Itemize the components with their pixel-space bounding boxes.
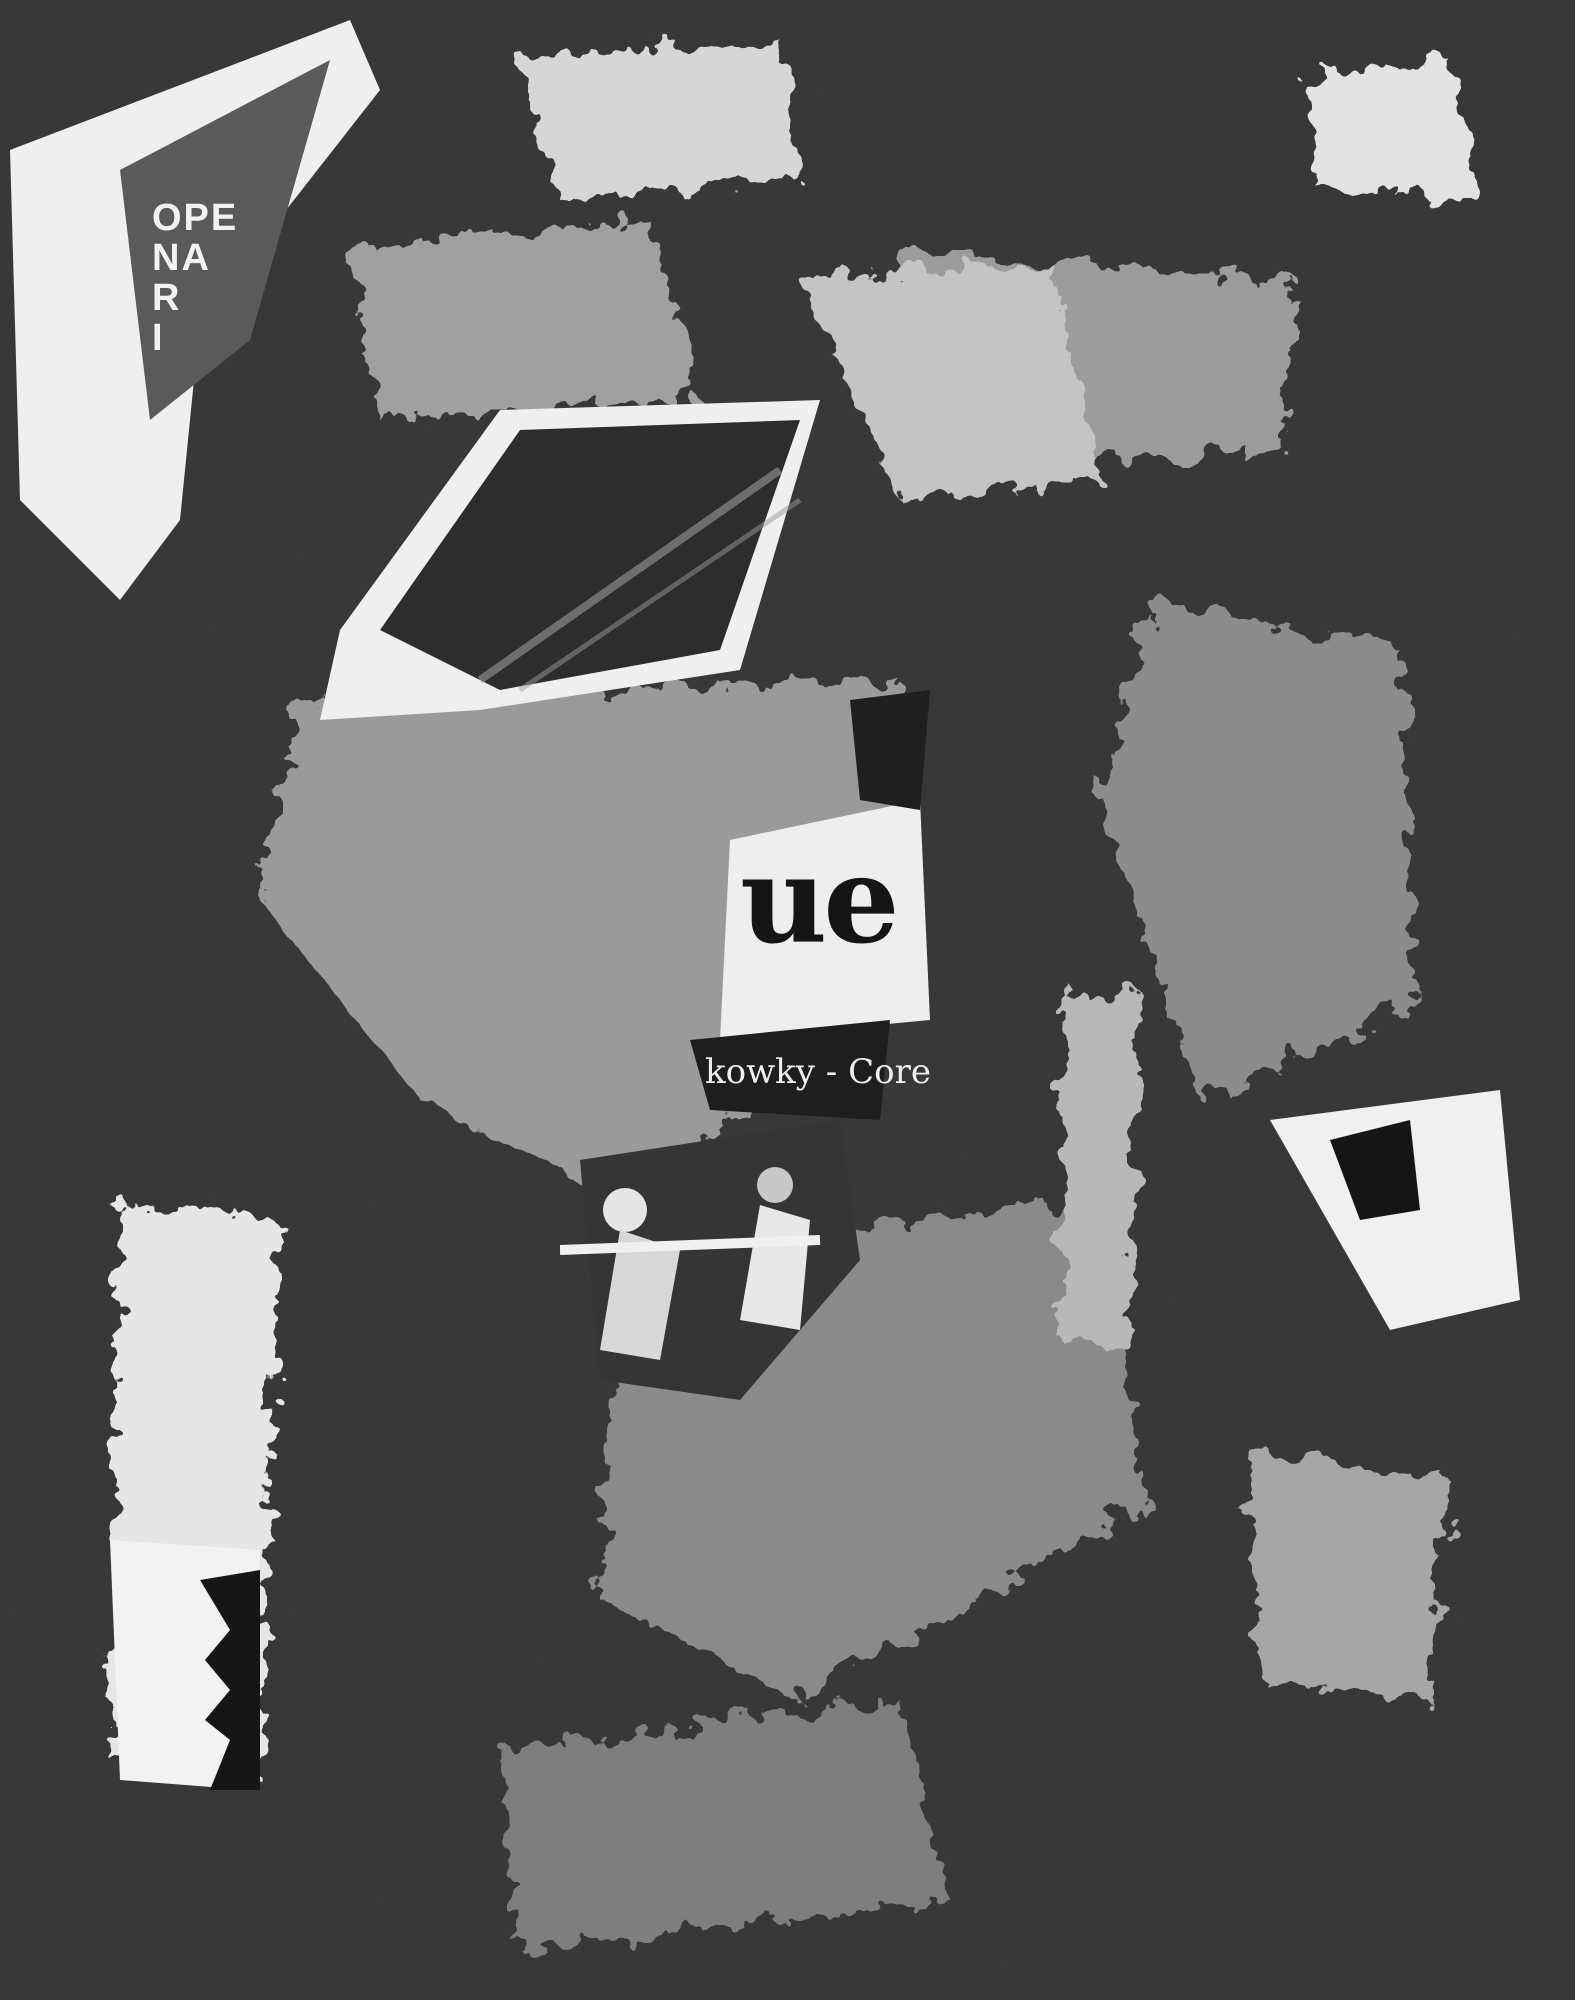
- upper-center-poster: [300, 390, 860, 730]
- right-fragment: [1270, 1080, 1530, 1340]
- skull-mask-figure: [603, 1188, 647, 1232]
- poster-caption: kowky - Core: [705, 1052, 931, 1092]
- poster-large-letters: ue: [740, 830, 896, 971]
- dancer-head: [757, 1167, 793, 1203]
- dancers-photo: [560, 1100, 880, 1420]
- poster-text-top-left: OPE NA R I: [152, 198, 238, 358]
- torn-posters-photo: OPE NA R I ue kowky - Core: [0, 0, 1575, 2000]
- left-lower-fragment: [110, 1540, 270, 1800]
